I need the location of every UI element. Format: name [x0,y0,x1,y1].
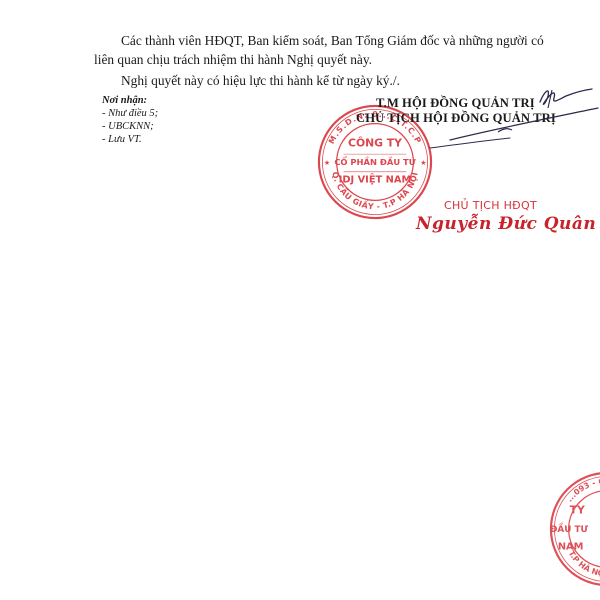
recipients-block: Nơi nhận: - Như điều 5; - UBCKNN; - Lưu … [102,94,158,146]
signer-role-label: CHỦ TỊCH HĐQT [444,199,537,212]
signer-name: Nguyễn Đức Quân [416,214,596,234]
recipient-item: - Như điều 5; [102,107,158,120]
recipient-item: - Lưu VT. [102,133,158,146]
responsibility-paragraph: Các thành viên HĐQT, Ban kiểm soát, Ban … [94,31,564,69]
svg-text:★: ★ [420,159,426,167]
handwritten-signature [380,78,600,158]
stamp-line-3: IDJ VIỆT NAM [339,173,412,186]
corner-stamp-line-1: TY [570,503,585,516]
corner-stamp-line-3: NAM [558,542,584,553]
svg-text:★: ★ [324,159,330,167]
corner-seal-stamp: ...093 - C.T.C.P T.P HÀ NỘI TY ĐẦU TƯ NA… [548,470,600,588]
recipients-title: Nơi nhận: [102,94,158,107]
recipient-item: - UBCKNN; [102,120,158,133]
